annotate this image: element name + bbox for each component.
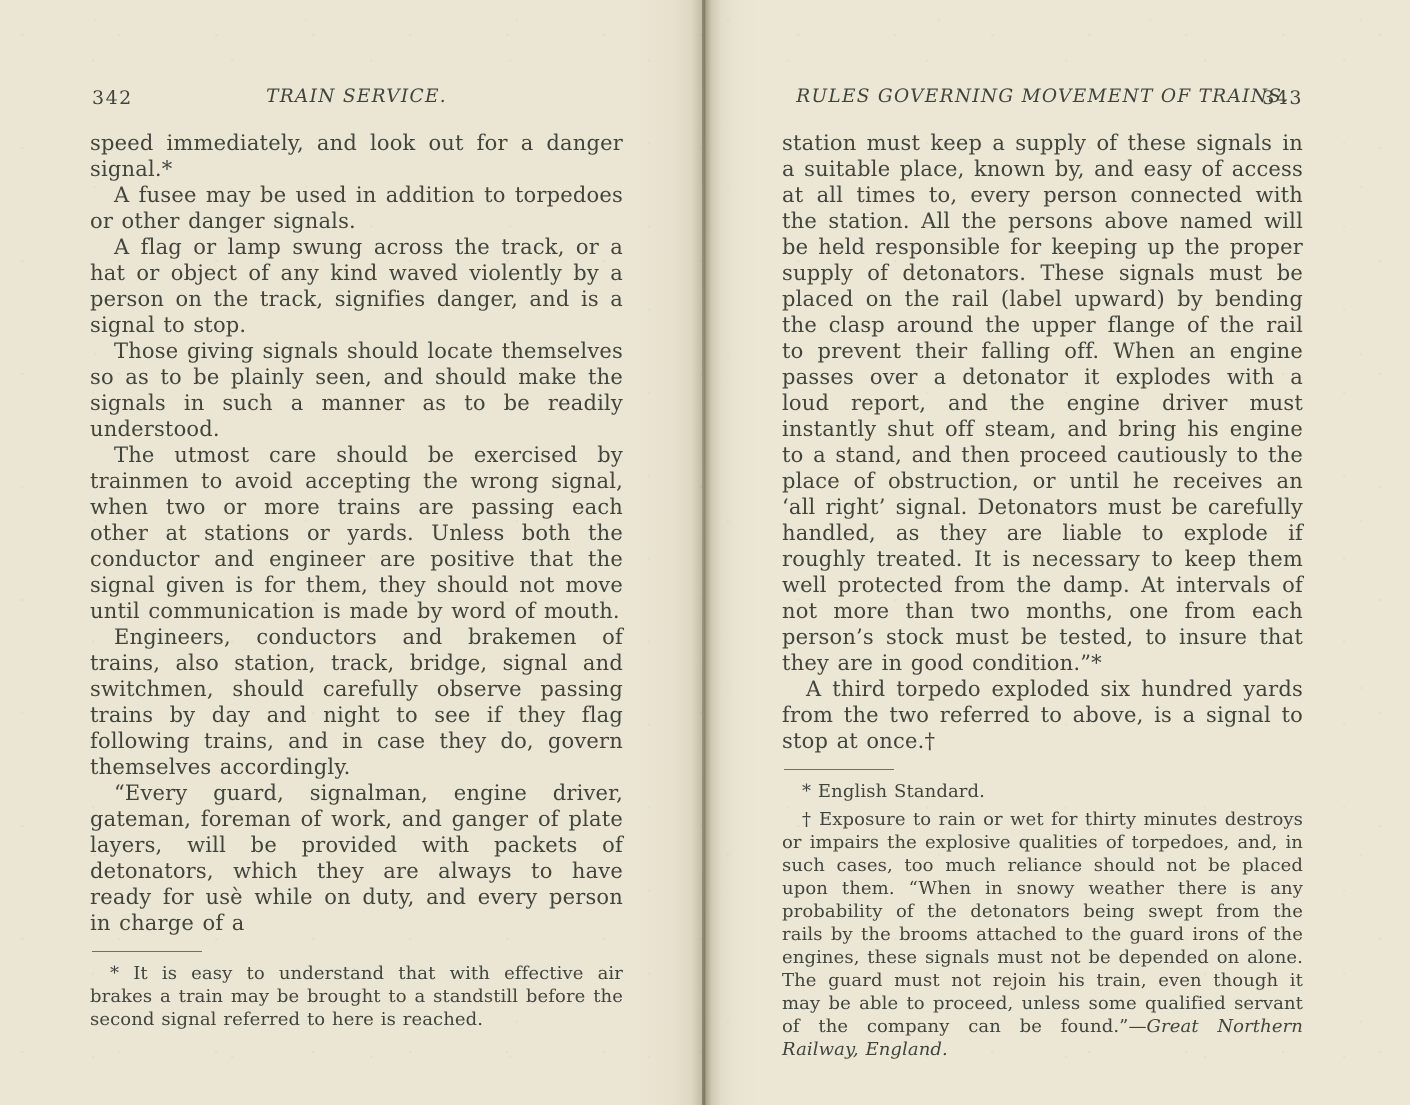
footnote: * English Standard.: [782, 780, 1303, 803]
page-right-text-column: RULES GOVERNING MOVEMENT OF TRAINS. 343 …: [782, 86, 1303, 1066]
body-paragraph: A fusee may be used in addition to torpe…: [90, 182, 623, 234]
footnote: † Exposure to rain or wet for thirty min…: [782, 808, 1303, 1061]
body-paragraph: speed immediately, and look out for a da…: [90, 130, 623, 182]
page-left-body: speed immediately, and look out for a da…: [90, 130, 623, 936]
body-paragraph: Those giving signals should locate thems…: [90, 338, 623, 442]
page-right: RULES GOVERNING MOVEMENT OF TRAINS. 343 …: [706, 0, 1410, 1105]
page-left-header: 342 TRAIN SERVICE.: [90, 86, 623, 112]
page-right-footnotes: * English Standard. † Exposure to rain o…: [782, 780, 1303, 1061]
footnote-rule: [784, 769, 894, 770]
running-head-right: RULES GOVERNING MOVEMENT OF TRAINS.: [796, 86, 1289, 107]
footnote: * It is easy to understand that with eff…: [90, 962, 623, 1031]
page-number-left: 342: [92, 87, 133, 109]
page-right-header: RULES GOVERNING MOVEMENT OF TRAINS. 343: [782, 86, 1303, 112]
body-paragraph: A flag or lamp swung across the track, o…: [90, 234, 623, 338]
body-paragraph: station must keep a supply of these sign…: [782, 130, 1303, 676]
page-right-body: station must keep a supply of these sign…: [782, 130, 1303, 754]
book-spread: 342 TRAIN SERVICE. speed immediately, an…: [0, 0, 1410, 1105]
body-paragraph: “Every guard, signalman, engine driver, …: [90, 780, 623, 936]
page-left: 342 TRAIN SERVICE. speed immediately, an…: [0, 0, 706, 1105]
footnote-rule: [92, 951, 202, 952]
body-paragraph: A third torpedo exploded six hundred yar…: [782, 676, 1303, 754]
body-paragraph: Engineers, conductors and brakemen of tr…: [90, 624, 623, 780]
body-paragraph: The utmost care should be exercised by t…: [90, 442, 623, 624]
page-number-right: 343: [1262, 87, 1303, 109]
footnote-text: † Exposure to rain or wet for thirty min…: [782, 809, 1303, 1037]
page-left-footnotes: * It is easy to understand that with eff…: [90, 962, 623, 1031]
page-left-text-column: 342 TRAIN SERVICE. speed immediately, an…: [90, 86, 623, 1036]
book-gutter: [702, 0, 705, 1105]
running-head-left: TRAIN SERVICE.: [266, 86, 447, 107]
